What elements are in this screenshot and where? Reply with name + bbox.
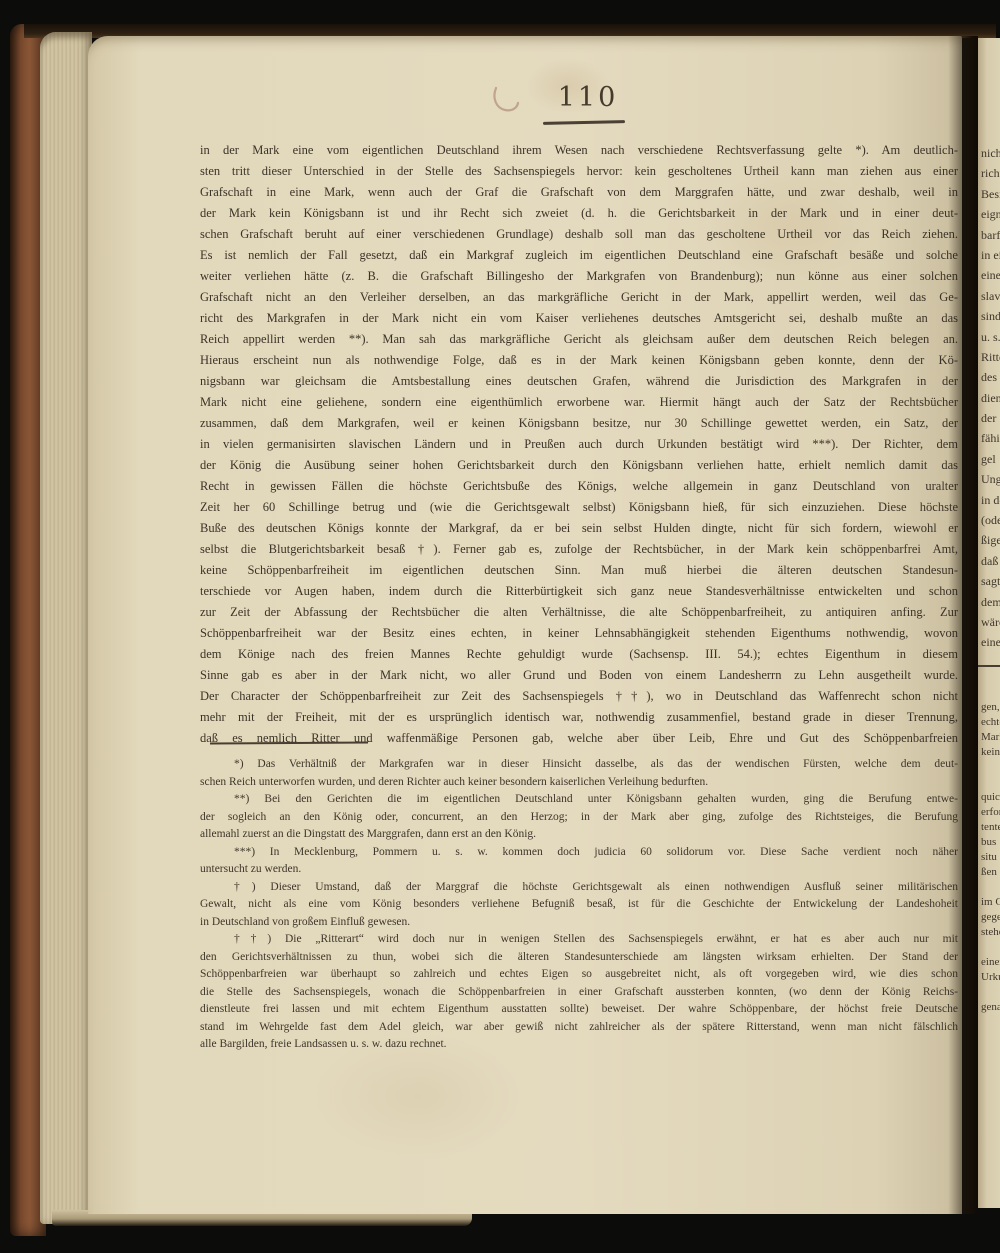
facing-page-text-upper: nichtrichteBesitzeignebarfrin eieineslav… (981, 143, 1000, 653)
facing-text-line: stehe (981, 925, 1000, 940)
facing-text-line: einen (981, 955, 1000, 970)
facing-text-line: eine (981, 265, 1000, 285)
pen-mark (490, 84, 530, 125)
facing-text-line: gel (981, 449, 1000, 469)
facing-text-line: im G (981, 895, 1000, 910)
body-text-line: in vielen germanisirten slavischen Lände… (200, 434, 958, 455)
facing-text-line: echter (981, 715, 1000, 730)
body-text-line: schen Grafschaft beruht auf einer versch… (200, 224, 958, 245)
body-text-line: mehr mit der Freiheit, mit der es ursprü… (200, 707, 958, 728)
facing-text-line: dem (981, 592, 1000, 612)
facing-text-line: genan (981, 1000, 1000, 1015)
facing-text-line: gegeb (981, 910, 1000, 925)
body-text-line: terschiede vor Augen haben, indem durch … (200, 581, 958, 602)
body-text-line: der Mark kein Königsbann ist und ihr Rec… (200, 203, 958, 224)
body-text-line: keine Schöppenbarfreiheit im eigentliche… (200, 560, 958, 581)
body-text: in der Mark eine vom eigentlichen Deutsc… (200, 140, 958, 749)
facing-text-line: ßige (981, 530, 1000, 550)
facing-text-line: situ (981, 850, 1000, 865)
facing-text-line (981, 880, 1000, 895)
body-text-line: Reich appellirt werden **). Man sah das … (200, 329, 958, 350)
facing-text-line: tente (981, 820, 1000, 835)
body-text-line: Grafschaft nicht an den Verleiher dersel… (200, 287, 958, 308)
facing-text-line: slavis (981, 286, 1000, 306)
body-text-line: Mark nicht eine geliehene, sondern eine … (200, 392, 958, 413)
facing-text-line: nicht (981, 143, 1000, 163)
facing-text-line: Unge (981, 469, 1000, 489)
body-text-line: daß es nemlich Ritter und waffenmäßige P… (200, 728, 958, 749)
facing-text-line: dien (981, 388, 1000, 408)
body-text-line: richt des Markgrafen in der Mark nicht e… (200, 308, 958, 329)
footnote-line: †) Dieser Umstand, daß der Marggraf die … (200, 879, 958, 897)
footnote-line: ††) Die „Ritterart“ wird doch nur in wen… (200, 931, 958, 949)
footnote-line: ***) In Mecklenburg, Pommern u. s. w. ko… (200, 844, 958, 862)
facing-text-line: sind (981, 306, 1000, 326)
footnotes: *) Das Verhältniß der Markgrafen war in … (200, 756, 958, 1054)
footnote-line: alle Bargilden, freie Landsassen u. s. w… (200, 1036, 958, 1054)
body-text-line: Sinne gab es aber in der Mark nicht, wo … (200, 665, 958, 686)
page-fore-edge (40, 32, 92, 1224)
footnote-line: dienstleute frei lassen und mit echtem E… (200, 1001, 958, 1019)
footnote-line: *) Das Verhältniß der Markgrafen war in … (200, 756, 958, 774)
footnote-line: die Stelle des Sachsenspiegels, wonach d… (200, 984, 958, 1002)
facing-page-sliver: nichtrichteBesitzeignebarfrin eieineslav… (978, 38, 1000, 1208)
footnote-line: Gewalt, nicht als eine vom König besonde… (200, 896, 958, 914)
facing-text-line: Ritte (981, 347, 1000, 367)
footnote-line: schen Reich unterworfen wurden, und dere… (200, 774, 958, 792)
page-number-underline (543, 120, 625, 125)
facing-text-line: des (981, 367, 1000, 387)
facing-text-line: wäre (981, 612, 1000, 632)
facing-text-line: daß (981, 551, 1000, 571)
footnote-line: stand im Wehrgelde fast dem Adel gleich,… (200, 1019, 958, 1037)
facing-text-line: Mark (981, 730, 1000, 745)
footnote-line: in Deutschland von großem Einfluß gewese… (200, 914, 958, 932)
facing-text-line: keine (981, 745, 1000, 760)
body-text-line: Schöppenbarfreiheit war der Besitz eines… (200, 623, 958, 644)
page-number: 110 (538, 82, 638, 113)
body-text-line: zusammen, daß dem Markgrafen, weil er ke… (200, 413, 958, 434)
facing-text-line: Besitz (981, 184, 1000, 204)
book-page: 110 in der Mark eine vom eigentlichen De… (88, 36, 962, 1214)
facing-text-line (981, 940, 1000, 955)
body-text-line: Recht in gewissen Fällen die höchste Ger… (200, 476, 958, 497)
facing-text-line: in de (981, 490, 1000, 510)
footnote-line: Schöppenbarfreien war überhaupt so zahlr… (200, 966, 958, 984)
facing-text-line: ßen (981, 865, 1000, 880)
facing-text-line (981, 775, 1000, 790)
footnote-line: den Gerichtsverhältnissen zu thun, wobei… (200, 949, 958, 967)
page-gutter-shadow (948, 36, 978, 1214)
facing-text-line: u. s. (981, 327, 1000, 347)
body-text-line: Grafschaft in eine Mark, wenn auch der G… (200, 182, 958, 203)
footnote-line: **) Bei den Gerichten die im eigentliche… (200, 791, 958, 809)
body-text-line: Zeit her 60 Schillinge betrug und (wie d… (200, 497, 958, 518)
facing-text-line: der (981, 408, 1000, 428)
facing-text-line (981, 985, 1000, 1000)
body-text-line: selbst die Blutgerichtsbarkeit besaß †).… (200, 539, 958, 560)
body-text-line: Es ist nemlich der Fall gesetzt, daß ein… (200, 245, 958, 266)
facing-text-line: Urkun (981, 970, 1000, 985)
body-text-line: dem Könige nach des freien Mannes Rechte… (200, 644, 958, 665)
body-text-line: der König die Ausübung seiner hohen Geri… (200, 455, 958, 476)
body-text-line: Hieraus erscheint nun als nothwendige Fo… (200, 350, 958, 371)
footnote-line: untersucht zu werden. (200, 861, 958, 879)
facing-text-line: barfr (981, 225, 1000, 245)
body-text-line: weiter verliehen hätte (z. B. die Grafsc… (200, 266, 958, 287)
facing-text-line: in ei (981, 245, 1000, 265)
body-text-line: nigsbann war gleichsam die Amtsbestallun… (200, 371, 958, 392)
facing-text-line: eigne (981, 204, 1000, 224)
facing-page-text-lower: gen,echterMarkkeinequicuerfortentebussit… (981, 700, 1000, 1015)
facing-text-line: erfor (981, 805, 1000, 820)
facing-footnote-separator (978, 665, 1000, 667)
facing-text-line: quicu (981, 790, 1000, 805)
body-text-line: in der Mark eine vom eigentlichen Deutsc… (200, 140, 958, 161)
facing-text-line: (oder (981, 510, 1000, 530)
facing-text-line: gen, (981, 700, 1000, 715)
facing-text-line: richte (981, 163, 1000, 183)
footnote-line: der sogleich an den König oder, concurre… (200, 809, 958, 827)
facing-text-line: fähi (981, 428, 1000, 448)
body-text-line: sten tritt dieser Unterschied in der Ste… (200, 161, 958, 182)
facing-text-line (981, 760, 1000, 775)
facing-text-line: sagt (981, 571, 1000, 591)
facing-text-line: eine (981, 632, 1000, 652)
body-text-line: zur Zeit der Abfassung der Rechtsbücher … (200, 602, 958, 623)
footnote-line: allemahl zuerst an die Dingstatt des Mar… (200, 826, 958, 844)
body-text-line: Buße des deutschen Königs konnte der Mar… (200, 518, 958, 539)
body-text-line: Der Character der Schöppenbarfreiheit zu… (200, 686, 958, 707)
facing-text-line: bus (981, 835, 1000, 850)
